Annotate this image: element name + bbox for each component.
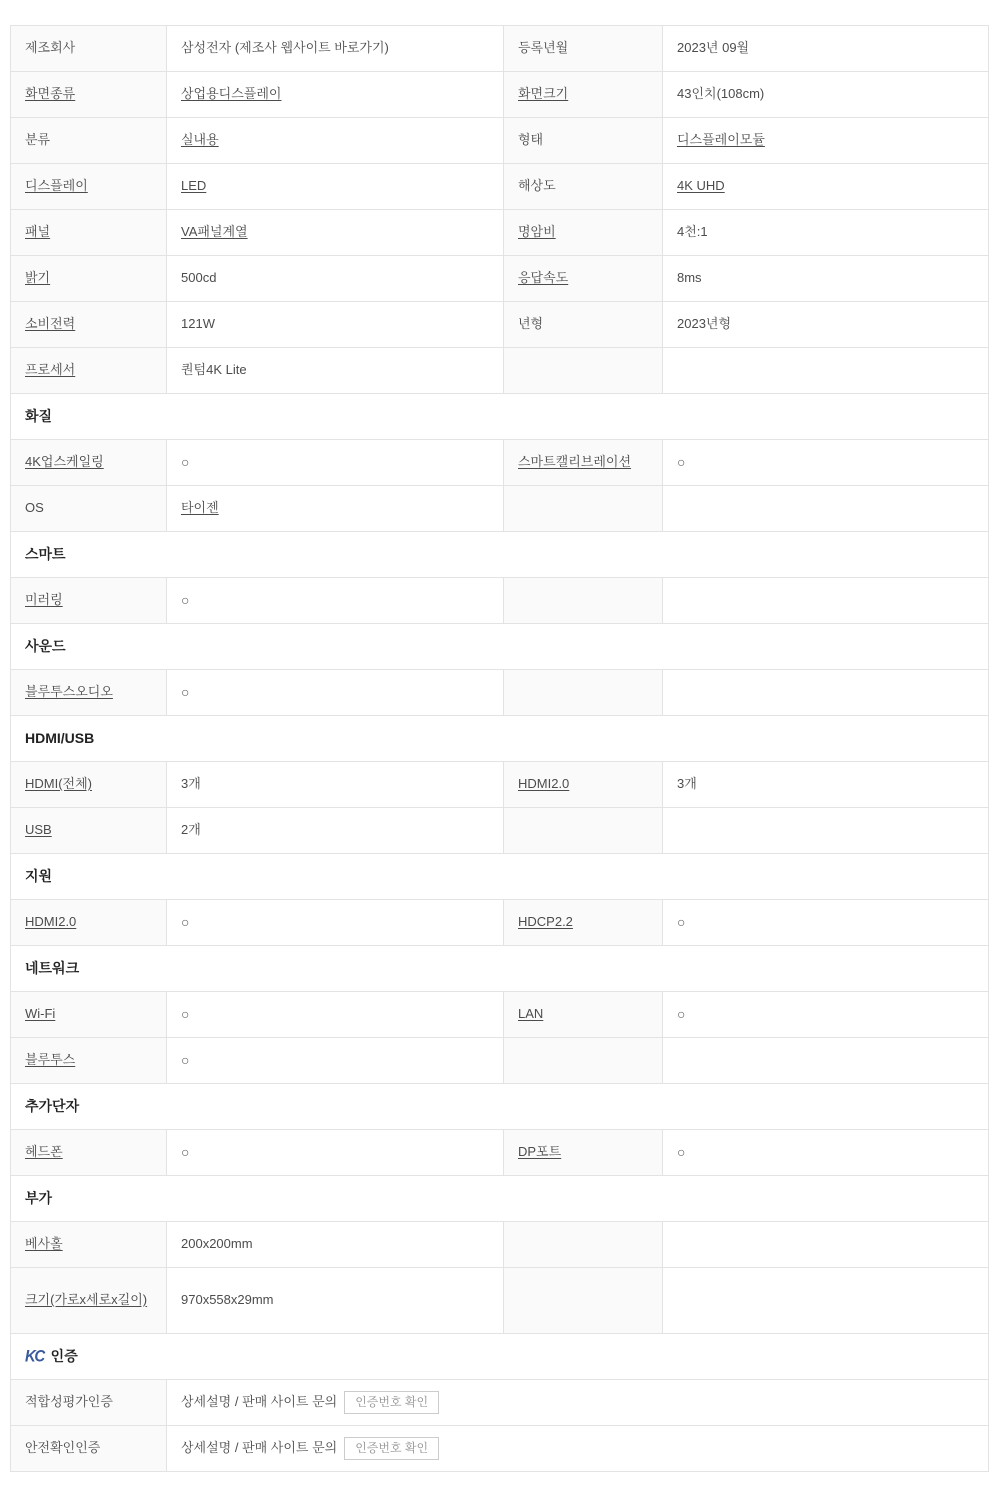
verify-cert-number-button[interactable]: 인증번호 확인 bbox=[344, 1437, 439, 1461]
spec-label-cell: 블루투스 bbox=[11, 1038, 167, 1084]
spec-label-cell: 분류 bbox=[11, 118, 167, 164]
spec-label-cell: 스마트캘리브레이션 bbox=[504, 440, 663, 486]
spec-label[interactable]: LAN bbox=[518, 1006, 543, 1021]
spec-row: 패널VA패널계열명암비4천:1 bbox=[11, 210, 989, 256]
supported-circle-mark: ○ bbox=[677, 1006, 685, 1022]
section-title: 화질 bbox=[25, 408, 52, 424]
section-title: HDMI/USB bbox=[25, 730, 94, 746]
spec-label[interactable]: 베사홀 bbox=[25, 1236, 63, 1251]
spec-label-cell: 밝기 bbox=[11, 256, 167, 302]
spec-value-cell: 2023년 09월 bbox=[663, 26, 989, 72]
spec-value: 121W bbox=[181, 316, 215, 331]
spec-value-cell: ○ bbox=[663, 440, 989, 486]
spec-value-cell: 삼성전자 (제조사 웹사이트 바로가기) bbox=[167, 26, 504, 72]
spec-label-cell: 4K업스케일링 bbox=[11, 440, 167, 486]
supported-circle-mark: ○ bbox=[181, 1052, 189, 1068]
section-header-row: 네트워크 bbox=[11, 946, 989, 992]
spec-value: 2023년 09월 bbox=[677, 40, 749, 55]
spec-label-cell bbox=[504, 1222, 663, 1268]
section-header-cell: 스마트 bbox=[11, 532, 989, 578]
spec-value-cell: 3개 bbox=[167, 762, 504, 808]
product-spec-table: 제조회사삼성전자 (제조사 웹사이트 바로가기)등록년월2023년 09월화면종… bbox=[10, 25, 989, 1472]
supported-circle-mark: ○ bbox=[181, 1144, 189, 1160]
spec-label: OS bbox=[25, 500, 44, 515]
spec-value[interactable]: 실내용 bbox=[181, 132, 219, 147]
spec-label-cell: 해상도 bbox=[504, 164, 663, 210]
spec-row: 화면종류상업용디스플레이화면크기43인치(108cm) bbox=[11, 72, 989, 118]
section-header-row: 부가 bbox=[11, 1176, 989, 1222]
spec-label-cell: HDMI2.0 bbox=[504, 762, 663, 808]
spec-label: 안전확인인증 bbox=[25, 1440, 100, 1455]
spec-label-cell bbox=[504, 486, 663, 532]
spec-value: 2023년형 bbox=[677, 316, 731, 331]
spec-value-cell: 4천:1 bbox=[663, 210, 989, 256]
spec-value: 삼성전자 (제조사 웹사이트 바로가기) bbox=[181, 40, 389, 55]
section-header-cell: KC인증 bbox=[11, 1334, 989, 1380]
spec-label-cell: 형태 bbox=[504, 118, 663, 164]
spec-label-cell: HDMI(전체) bbox=[11, 762, 167, 808]
spec-label-cell: 화면크기 bbox=[504, 72, 663, 118]
spec-label-cell bbox=[504, 348, 663, 394]
spec-value-cell: 디스플레이모듈 bbox=[663, 118, 989, 164]
spec-value-cell: ○ bbox=[663, 1130, 989, 1176]
spec-value: 퀀텀4K Lite bbox=[181, 362, 247, 377]
section-header-cell: 사운드 bbox=[11, 624, 989, 670]
spec-row: HDMI(전체)3개HDMI2.03개 bbox=[11, 762, 989, 808]
spec-value-cell: ○ bbox=[167, 1130, 504, 1176]
spec-row: 소비전력121W년형2023년형 bbox=[11, 302, 989, 348]
spec-value-cell: ○ bbox=[663, 992, 989, 1038]
spec-label[interactable]: Wi-Fi bbox=[25, 1006, 55, 1021]
spec-value-cell bbox=[663, 1222, 989, 1268]
spec-label[interactable]: 밝기 bbox=[25, 270, 50, 285]
spec-value-cell: 200x200mm bbox=[167, 1222, 504, 1268]
spec-value: 200x200mm bbox=[181, 1236, 253, 1251]
spec-label[interactable]: HDCP2.2 bbox=[518, 914, 573, 929]
spec-value-cell: 상세설명 / 판매 사이트 문의인증번호 확인 bbox=[167, 1380, 989, 1426]
spec-row: 크기(가로x세로x길이)970x558x29mm bbox=[11, 1268, 989, 1334]
spec-label-cell: Wi-Fi bbox=[11, 992, 167, 1038]
spec-label-cell: 명암비 bbox=[504, 210, 663, 256]
section-header-row: 지원 bbox=[11, 854, 989, 900]
spec-row: HDMI2.0○HDCP2.2○ bbox=[11, 900, 989, 946]
spec-value[interactable]: 4K UHD bbox=[677, 178, 725, 193]
spec-row: 제조회사삼성전자 (제조사 웹사이트 바로가기)등록년월2023년 09월 bbox=[11, 26, 989, 72]
spec-label-cell: HDCP2.2 bbox=[504, 900, 663, 946]
spec-label[interactable]: HDMI(전체) bbox=[25, 776, 92, 791]
section-header-cell: 화질 bbox=[11, 394, 989, 440]
certification-info-text: 상세설명 / 판매 사이트 문의 bbox=[181, 1394, 337, 1409]
spec-row: Wi-Fi○LAN○ bbox=[11, 992, 989, 1038]
supported-circle-mark: ○ bbox=[181, 684, 189, 700]
spec-label-cell: 헤드폰 bbox=[11, 1130, 167, 1176]
spec-label: 분류 bbox=[25, 132, 50, 147]
spec-label-cell bbox=[504, 1268, 663, 1334]
spec-value-cell: 타이젠 bbox=[167, 486, 504, 532]
section-title: 추가단자 bbox=[25, 1098, 79, 1114]
spec-label-cell bbox=[504, 808, 663, 854]
spec-label[interactable]: 패널 bbox=[25, 224, 50, 239]
spec-label[interactable]: 디스플레이 bbox=[25, 178, 88, 193]
spec-value: 3개 bbox=[677, 776, 697, 791]
spec-label-cell: 소비전력 bbox=[11, 302, 167, 348]
spec-label[interactable]: DP포트 bbox=[518, 1144, 561, 1159]
spec-value[interactable]: LED bbox=[181, 178, 206, 193]
spec-label-cell bbox=[504, 578, 663, 624]
spec-label[interactable]: 4K업스케일링 bbox=[25, 454, 104, 469]
spec-label[interactable]: 화면종류 bbox=[25, 86, 75, 101]
supported-circle-mark: ○ bbox=[181, 914, 189, 930]
spec-value-cell bbox=[663, 808, 989, 854]
spec-value-cell: 3개 bbox=[663, 762, 989, 808]
spec-value-cell bbox=[663, 578, 989, 624]
supported-circle-mark: ○ bbox=[677, 1144, 685, 1160]
spec-value-cell: 500cd bbox=[167, 256, 504, 302]
spec-value-cell: 상세설명 / 판매 사이트 문의인증번호 확인 bbox=[167, 1426, 989, 1472]
spec-value-cell: 2개 bbox=[167, 808, 504, 854]
spec-label[interactable]: 블루투스오디오 bbox=[25, 684, 113, 699]
section-header-row: 추가단자 bbox=[11, 1084, 989, 1130]
spec-row: 디스플레이LED해상도4K UHD bbox=[11, 164, 989, 210]
spec-label-cell: USB bbox=[11, 808, 167, 854]
spec-value-cell: LED bbox=[167, 164, 504, 210]
section-title: 네트워크 bbox=[25, 960, 79, 976]
section-header-cell: 추가단자 bbox=[11, 1084, 989, 1130]
spec-value: 4천:1 bbox=[677, 224, 708, 239]
spec-label-cell: 제조회사 bbox=[11, 26, 167, 72]
spec-value: 970x558x29mm bbox=[181, 1292, 274, 1307]
spec-label-cell: 크기(가로x세로x길이) bbox=[11, 1268, 167, 1334]
section-title: 인증 bbox=[51, 1348, 78, 1364]
spec-label[interactable]: HDMI2.0 bbox=[518, 776, 569, 791]
spec-label-cell bbox=[504, 1038, 663, 1084]
spec-label[interactable]: 명암비 bbox=[518, 224, 556, 239]
section-header-row: HDMI/USB bbox=[11, 716, 989, 762]
supported-circle-mark: ○ bbox=[181, 592, 189, 608]
spec-value-cell: VA패널계열 bbox=[167, 210, 504, 256]
spec-value-cell: 8ms bbox=[663, 256, 989, 302]
spec-value-cell: ○ bbox=[167, 992, 504, 1038]
section-header-cell: HDMI/USB bbox=[11, 716, 989, 762]
spec-label-cell: DP포트 bbox=[504, 1130, 663, 1176]
spec-value-cell bbox=[663, 1038, 989, 1084]
spec-value-cell: 2023년형 bbox=[663, 302, 989, 348]
spec-row: 미러링○ bbox=[11, 578, 989, 624]
section-header-row: KC인증 bbox=[11, 1334, 989, 1380]
spec-value-cell: 43인치(108cm) bbox=[663, 72, 989, 118]
spec-label: 등록년월 bbox=[518, 40, 568, 55]
section-title: 부가 bbox=[25, 1190, 52, 1206]
supported-circle-mark: ○ bbox=[677, 914, 685, 930]
spec-value-cell: ○ bbox=[167, 1038, 504, 1084]
spec-label-cell: 년형 bbox=[504, 302, 663, 348]
spec-value: 3개 bbox=[181, 776, 201, 791]
spec-row: 블루투스오디오○ bbox=[11, 670, 989, 716]
product-spec-section: 제조회사삼성전자 (제조사 웹사이트 바로가기)등록년월2023년 09월화면종… bbox=[10, 25, 988, 1472]
spec-value-cell bbox=[663, 1268, 989, 1334]
spec-value-cell: ○ bbox=[167, 670, 504, 716]
spec-value-cell: 실내용 bbox=[167, 118, 504, 164]
spec-label[interactable]: 크기(가로x세로x길이) bbox=[25, 1292, 147, 1307]
certification-info-text: 상세설명 / 판매 사이트 문의 bbox=[181, 1440, 337, 1455]
section-header-row: 화질 bbox=[11, 394, 989, 440]
spec-value: 43인치(108cm) bbox=[677, 86, 764, 101]
spec-row: 분류실내용형태디스플레이모듈 bbox=[11, 118, 989, 164]
spec-value-cell bbox=[663, 670, 989, 716]
spec-label[interactable]: 블루투스 bbox=[25, 1052, 75, 1067]
section-title: 지원 bbox=[25, 868, 52, 884]
spec-label-cell: 적합성평가인증 bbox=[11, 1380, 167, 1426]
spec-label: 적합성평가인증 bbox=[25, 1394, 113, 1409]
spec-label: 년형 bbox=[518, 316, 543, 331]
kc-certification-icon: KC bbox=[25, 1345, 44, 1369]
spec-row: 프로세서퀀텀4K Lite bbox=[11, 348, 989, 394]
section-title: 사운드 bbox=[25, 638, 66, 654]
spec-table-body: 제조회사삼성전자 (제조사 웹사이트 바로가기)등록년월2023년 09월화면종… bbox=[11, 26, 989, 1472]
spec-label-cell: 미러링 bbox=[11, 578, 167, 624]
spec-label[interactable]: 미러링 bbox=[25, 592, 63, 607]
section-title: 스마트 bbox=[25, 546, 66, 562]
spec-label[interactable]: 응답속도 bbox=[518, 270, 568, 285]
section-header-row: 스마트 bbox=[11, 532, 989, 578]
spec-value-cell: 970x558x29mm bbox=[167, 1268, 504, 1334]
verify-cert-number-button[interactable]: 인증번호 확인 bbox=[344, 1391, 439, 1415]
spec-label-cell: 등록년월 bbox=[504, 26, 663, 72]
spec-row: OS타이젠 bbox=[11, 486, 989, 532]
spec-value[interactable]: 디스플레이모듈 bbox=[677, 132, 765, 147]
spec-value-cell bbox=[663, 348, 989, 394]
section-header-cell: 지원 bbox=[11, 854, 989, 900]
spec-label-cell: 패널 bbox=[11, 210, 167, 256]
spec-label-cell: HDMI2.0 bbox=[11, 900, 167, 946]
spec-value-cell: ○ bbox=[167, 900, 504, 946]
spec-label-cell: OS bbox=[11, 486, 167, 532]
spec-label[interactable]: 프로세서 bbox=[25, 362, 75, 377]
spec-label-cell: 화면종류 bbox=[11, 72, 167, 118]
spec-value: 8ms bbox=[677, 270, 702, 285]
supported-circle-mark: ○ bbox=[677, 454, 685, 470]
spec-value[interactable]: 타이젠 bbox=[181, 500, 219, 515]
spec-label[interactable]: HDMI2.0 bbox=[25, 914, 76, 929]
spec-label[interactable]: 헤드폰 bbox=[25, 1144, 63, 1159]
spec-row: 헤드폰○DP포트○ bbox=[11, 1130, 989, 1176]
spec-label[interactable]: 소비전력 bbox=[25, 316, 75, 331]
spec-row: 블루투스○ bbox=[11, 1038, 989, 1084]
spec-label-cell: 블루투스오디오 bbox=[11, 670, 167, 716]
spec-row: USB2개 bbox=[11, 808, 989, 854]
spec-value[interactable]: 상업용디스플레이 bbox=[181, 86, 281, 101]
spec-label: 제조회사 bbox=[25, 40, 75, 55]
spec-label-cell: LAN bbox=[504, 992, 663, 1038]
spec-label-cell: 안전확인인증 bbox=[11, 1426, 167, 1472]
section-header-row: 사운드 bbox=[11, 624, 989, 670]
spec-label-cell: 프로세서 bbox=[11, 348, 167, 394]
spec-value-cell: ○ bbox=[167, 578, 504, 624]
spec-value-cell: ○ bbox=[663, 900, 989, 946]
section-header-cell: 네트워크 bbox=[11, 946, 989, 992]
spec-label: 형태 bbox=[518, 132, 543, 147]
spec-value[interactable]: VA패널계열 bbox=[181, 224, 248, 239]
spec-value-cell: 퀀텀4K Lite bbox=[167, 348, 504, 394]
spec-value-cell: 121W bbox=[167, 302, 504, 348]
spec-label-cell: 디스플레이 bbox=[11, 164, 167, 210]
supported-circle-mark: ○ bbox=[181, 1006, 189, 1022]
spec-value: 2개 bbox=[181, 822, 201, 837]
spec-row: 4K업스케일링○스마트캘리브레이션○ bbox=[11, 440, 989, 486]
certification-row: 안전확인인증상세설명 / 판매 사이트 문의인증번호 확인 bbox=[11, 1426, 989, 1472]
spec-label[interactable]: USB bbox=[25, 822, 52, 837]
spec-row: 밝기500cd응답속도8ms bbox=[11, 256, 989, 302]
spec-value-cell: 상업용디스플레이 bbox=[167, 72, 504, 118]
spec-label-cell: 응답속도 bbox=[504, 256, 663, 302]
certification-row: 적합성평가인증상세설명 / 판매 사이트 문의인증번호 확인 bbox=[11, 1380, 989, 1426]
spec-label-cell: 베사홀 bbox=[11, 1222, 167, 1268]
spec-row: 베사홀200x200mm bbox=[11, 1222, 989, 1268]
spec-value: 500cd bbox=[181, 270, 216, 285]
spec-label: 해상도 bbox=[518, 178, 556, 193]
spec-label[interactable]: 스마트캘리브레이션 bbox=[518, 454, 631, 469]
supported-circle-mark: ○ bbox=[181, 454, 189, 470]
spec-label[interactable]: 화면크기 bbox=[518, 86, 568, 101]
spec-value-cell: ○ bbox=[167, 440, 504, 486]
section-header-cell: 부가 bbox=[11, 1176, 989, 1222]
spec-value-cell: 4K UHD bbox=[663, 164, 989, 210]
spec-value-cell bbox=[663, 486, 989, 532]
spec-label-cell bbox=[504, 670, 663, 716]
